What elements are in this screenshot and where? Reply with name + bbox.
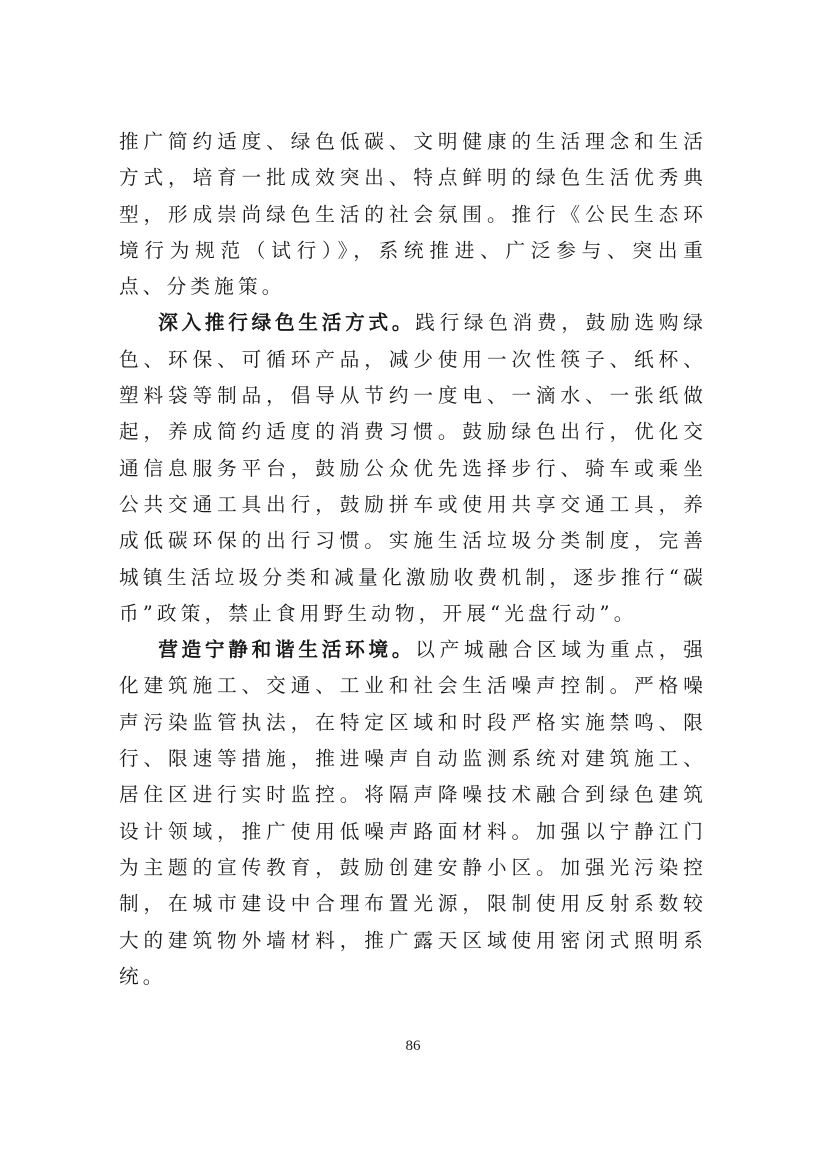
paragraph-green-lifestyle: 深入推行绿色生活方式。践行绿色消费，鼓励选购绿色、环保、可循环产品，减少使用一次… [119, 305, 707, 632]
paragraph-heading: 深入推行绿色生活方式。 [158, 311, 415, 334]
paragraph-text: 推广简约适度、绿色低碳、文明健康的生活理念和生活方式，培育一批成效突出、特点鲜明… [119, 130, 707, 298]
page-number: 86 [0, 1038, 826, 1055]
document-page-body: 推广简约适度、绿色低碳、文明健康的生活理念和生活方式，培育一批成效突出、特点鲜明… [119, 124, 707, 995]
paragraph-quiet-environment: 营造宁静和谐生活环境。以产城融合区域为重点，强化建筑施工、交通、工业和社会生活噪… [119, 632, 707, 995]
paragraph-text: 践行绿色消费，鼓励选购绿色、环保、可循环产品，减少使用一次性筷子、纸杯、塑料袋等… [119, 311, 707, 624]
paragraph-intro-continuation: 推广简约适度、绿色低碳、文明健康的生活理念和生活方式，培育一批成效突出、特点鲜明… [119, 124, 707, 305]
paragraph-heading: 营造宁静和谐生活环境。 [158, 638, 415, 661]
paragraph-text: 以产城融合区域为重点，强化建筑施工、交通、工业和社会生活噪声控制。严格噪声污染监… [119, 638, 707, 988]
